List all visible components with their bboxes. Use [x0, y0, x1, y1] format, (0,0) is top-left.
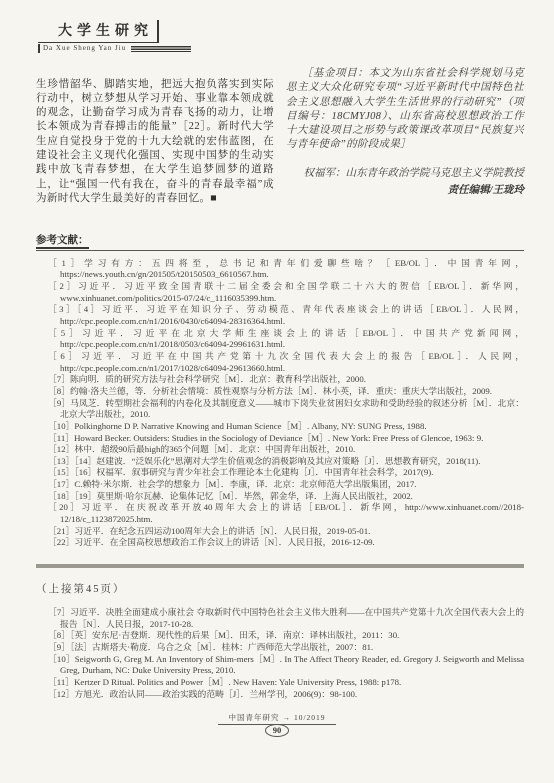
continued-reference-list: ［7］习近平．决胜全面建成小康社会 夺取新时代中国特色社会主义伟大胜利——在中国…: [36, 607, 524, 700]
reference-item: ［7］陈向明．质的研究方法与社会科学研究［M］．北京：教育科学出版社，2000.: [48, 374, 524, 386]
reference-item: ［21］习近平．在纪念五四运动100周年大会上的讲话［N］．人民日报，2019-…: [48, 526, 524, 538]
reference-item: ［12］林中．超级90后最high的365个问题［M］．北京：中国青年出版社，2…: [48, 444, 524, 456]
masthead: 大学生研究 Da Xue Sheng Yan Jiu: [38, 20, 524, 53]
journal-name: 中国青年研究: [228, 713, 279, 722]
continued-references-section: （上接第45页） ［7］习近平．决胜全面建成小康社会 夺取新时代中国特色社会主义…: [36, 581, 524, 700]
arrow-separator: →: [282, 713, 291, 722]
continued-from-label: （上接第45页）: [36, 581, 524, 596]
reference-item: ［3］［4］习近平．习近平在知识分子、劳动模范、青年代表座谈会上的讲话［EB/O…: [48, 304, 524, 327]
article-body: 生珍惜韶华、脚踏实地，把远大抱负落实到实际行动中，树立梦想从学习开始、事业靠本领…: [36, 67, 524, 217]
journal-section-title: 大学生研究: [38, 20, 159, 43]
issue-number: 10/2019: [294, 713, 326, 722]
reference-item: ［8］［英］安东尼·吉登斯．现代性的后果［M］．田禾，译．南京：译林出版社，20…: [48, 630, 524, 642]
reference-item: ［6］习近平．习近平在中国共产党第十九次全国代表大会上的报告［EB/OL］．人民…: [48, 351, 524, 374]
journal-section-pinyin: Da Xue Sheng Yan Jiu: [38, 44, 131, 53]
reference-list: ［1］学习有方：五四将至，总书记和青年们爱聊些啥？［EB/OL］．中国青年网，h…: [36, 258, 524, 549]
reference-item: ［17］C.赖特·米尔斯．社会学的想象力［M］．李康，译．北京：北京师范大学出版…: [48, 479, 524, 491]
reference-item: ［8］约翰·洛夫兰德，等．分析社会情境：质性观察与分析方法［M］．林小英，译．重…: [48, 386, 524, 398]
editor-credit: 责任编辑/王珑玲: [286, 184, 524, 198]
reference-item: ［22］习近平．在全国高校思想政治工作会议上的讲话［N］．人民日报，2016-1…: [48, 537, 524, 549]
section-divider: [36, 564, 524, 568]
references-heading-rule: 参考文献：: [36, 230, 524, 251]
reference-item: ［2］习近平．习近平致全国青联十二届全委会和全国学联二十六大的贺信［EB/OL］…: [48, 281, 524, 304]
reference-item: ［9］［法］古斯塔夫·勒庞．乌合之众［M］．桂林：广西师范大学出版社，2007：…: [48, 642, 524, 654]
reference-item: ［13］［14］赵建波．“泛娱乐化”思潮对大学生价值观念的消极影响及其应对策略［…: [48, 456, 524, 468]
reference-item: ［10］Polkinghorne D P. Narrative Knowing …: [48, 421, 524, 433]
author-affiliation: 权福军：山东青年政治学院马克思主义学院教授: [286, 167, 524, 181]
fund-project-note: ［基金项目：本文为山东省社会科学规划马克思主义大众化研究专项“习近平新时代中国特…: [286, 67, 524, 153]
reference-item: ［7］习近平．决胜全面建成小康社会 夺取新时代中国特色社会主义伟大胜利——在中国…: [48, 607, 524, 630]
masthead-bar-decoration: [131, 46, 191, 52]
reference-item: ［12］方旭光．政治认同——政治实践的范畴［J］．兰州学刊，2006(9)：98…: [48, 689, 524, 701]
reference-item: ［5］习近平．习近平在北京大学师生座谈会上的讲话［EB/OL］．中国共产党新闻网…: [48, 328, 524, 351]
reference-item: ［9］马凤芝．转型期社会福利的内卷化及其制度意义——城市下岗失业贫困妇女求助和受…: [48, 398, 524, 421]
page-footer: 中国青年研究→10/2019 90: [0, 712, 554, 737]
reference-item: ［1］学习有方：五四将至，总书记和青年们爱聊些啥？［EB/OL］．中国青年网，h…: [48, 258, 524, 281]
article-closing-paragraph: 生珍惜韶华、脚踏实地，把远大抱负落实到实际行动中，树立梦想从学习开始、事业靠本领…: [36, 78, 274, 207]
journal-page: 大学生研究 Da Xue Sheng Yan Jiu 生珍惜韶华、脚踏实地，把远…: [0, 0, 554, 783]
references-heading: 参考文献：: [36, 235, 89, 249]
reference-item: ［20］习近平．在庆祝改革开放40周年大会上的讲话［EB/OL］．新华网，htt…: [48, 502, 524, 525]
article-notes-column: ［基金项目：本文为山东省社会科学规划马克思主义大众化研究专项“习近平新时代中国特…: [286, 67, 524, 217]
reference-item: ［11］Kertzer D Ritual. Politics and Power…: [48, 677, 524, 689]
references-section: 参考文献： ［1］学习有方：五四将至，总书记和青年们爱聊些啥？［EB/OL］．中…: [36, 230, 524, 549]
reference-item: ［10］Seigworth G, Greg M. An Inventory of…: [48, 654, 524, 677]
reference-item: ［11］Howard Becker. Outsiders: Studies in…: [48, 433, 524, 445]
reference-item: ［15］［16］权福军．叙事研究与青少年社会工作理论本土化建构［J］．中国青年社…: [48, 467, 524, 479]
reference-item: ［18］［19］莫里斯·哈尔瓦赫．论集体记忆［M］．毕然，郭金华，译．上海人民出…: [48, 491, 524, 503]
page-number: 90: [265, 724, 290, 737]
